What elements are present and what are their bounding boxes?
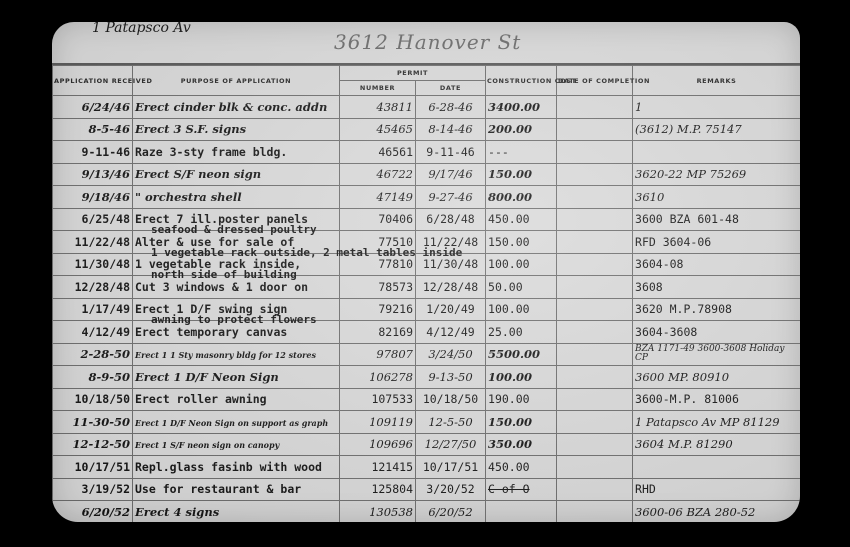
construction-cost-cell: 450.00 <box>486 208 557 231</box>
permit-number-text: 130538 <box>369 505 413 519</box>
received-text: 1/17/49 <box>82 302 130 316</box>
permit-date-text: 3/24/50 <box>428 347 472 361</box>
completion-date-cell <box>557 478 633 501</box>
property-address: 3612 Hanover St <box>334 30 521 54</box>
permit-date-cell: 12-5-50 <box>416 411 486 434</box>
construction-cost-cell: C of O <box>486 478 557 501</box>
remarks-cell: (3612) M.P. 75147 <box>633 118 800 141</box>
purpose-cell: Use for restaurant & bar <box>133 478 340 501</box>
received-cell: 12/28/48 <box>53 276 133 299</box>
construction-cost-cell: 100.00 <box>486 298 557 321</box>
purpose-cell: " orchestra shell <box>133 186 340 209</box>
construction-cost-text: 50.00 <box>488 280 523 294</box>
permit-date-text: 10/17/51 <box>423 460 478 474</box>
permit-date-cell: 6-28-46 <box>416 96 486 119</box>
permit-number-text: 109696 <box>369 437 413 451</box>
permit-number-text: 78573 <box>378 280 413 294</box>
header-permit-date: DATE <box>416 81 486 96</box>
permit-date-cell: 9-11-46 <box>416 141 486 164</box>
received-text: 4/12/49 <box>82 325 130 339</box>
completion-date-cell <box>557 208 633 231</box>
construction-cost-cell: 100.00 <box>486 253 557 276</box>
permit-date-cell: 12/27/50 <box>416 433 486 456</box>
construction-cost-text: 100.00 <box>488 257 530 271</box>
purpose-continuation-text: 1 vegetable rack outside, 2 metal tables… <box>151 246 462 259</box>
remarks-cell: 3600-06 BZA 280-52 <box>633 501 800 523</box>
construction-cost-cell: --- <box>486 141 557 164</box>
received-cell: 11/22/48 <box>53 231 133 254</box>
remarks-text: 1 <box>635 100 642 114</box>
purpose-continuation-text: north side of building <box>151 268 297 281</box>
permit-number-cell: 130538 <box>340 501 416 523</box>
purpose-cell: Erect 1 1 Sty masonry bldg for 12 stores <box>133 343 340 366</box>
permit-number-cell: 82169 <box>340 321 416 344</box>
purpose-cell: Cut 3 windows & 1 door onnorth side of b… <box>133 276 340 299</box>
purpose-text: Raze 3-sty frame bldg. <box>135 145 287 159</box>
received-cell: 9/18/46 <box>53 186 133 209</box>
construction-cost-text: 450.00 <box>488 212 530 226</box>
permit-number-cell: 109119 <box>340 411 416 434</box>
permit-date-text: 1/20/49 <box>426 302 474 316</box>
permit-date-cell: 6/28/48 <box>416 208 486 231</box>
header-application-received: APPLICATION RECEIVED <box>53 66 133 96</box>
permit-number-text: 43811 <box>376 100 413 114</box>
received-text: 11/30/48 <box>75 257 130 271</box>
construction-cost-cell: 3400.00 <box>486 96 557 119</box>
purpose-text: Erect cinder blk & conc. addn <box>135 100 327 114</box>
permit-date-cell: 8-14-46 <box>416 118 486 141</box>
received-cell: 1/17/49 <box>53 298 133 321</box>
completion-date-cell <box>557 411 633 434</box>
construction-cost-cell: 190.00 <box>486 388 557 411</box>
received-text: 10/18/50 <box>75 392 130 406</box>
purpose-text: Erect S/F neon sign <box>135 167 261 181</box>
purpose-cell: Erect 1 S/F neon sign on canopy <box>133 433 340 456</box>
received-cell: 9-11-46 <box>53 141 133 164</box>
purpose-cell: Erect S/F neon sign <box>133 163 340 186</box>
remarks-cell: RHD <box>633 478 800 501</box>
received-text: 6/24/46 <box>82 100 130 114</box>
purpose-text: Repl.glass fasinb with wood <box>135 460 322 474</box>
purpose-text: Erect 1 D/F Neon Sign <box>135 370 279 384</box>
purpose-cell: Erect roller awning <box>133 388 340 411</box>
construction-cost-text: C of O <box>488 482 530 496</box>
received-cell: 6/24/46 <box>53 96 133 119</box>
remarks-text: 3610 <box>635 190 664 204</box>
permit-number-text: 45465 <box>376 122 413 136</box>
received-text: 3/19/52 <box>82 482 130 496</box>
permit-date-cell: 3/20/52 <box>416 478 486 501</box>
permit-date-cell: 12/28/48 <box>416 276 486 299</box>
permit-date-cell: 3/24/50 <box>416 343 486 366</box>
completion-date-cell <box>557 118 633 141</box>
remarks-text: RFD 3604-06 <box>635 235 711 249</box>
construction-cost-text: 150.00 <box>488 415 532 429</box>
header-remarks: REMARKS <box>633 66 800 96</box>
permit-date-text: 6/20/52 <box>428 505 472 519</box>
received-cell: 8-5-46 <box>53 118 133 141</box>
construction-cost-cell: 25.00 <box>486 321 557 344</box>
completion-date-cell <box>557 141 633 164</box>
header-permit-number: NUMBER <box>340 81 416 96</box>
purpose-text: " orchestra shell <box>135 190 242 204</box>
remarks-cell: RFD 3604-06 <box>633 231 800 254</box>
table-row: 3/19/52Use for restaurant & bar1258043/2… <box>53 478 801 501</box>
permit-date-text: 8-14-46 <box>428 122 472 136</box>
permit-number-text: 107533 <box>371 392 413 406</box>
permit-number-cell: 97807 <box>340 343 416 366</box>
permit-number-cell: 47149 <box>340 186 416 209</box>
remarks-text: 3604 M.P. 81290 <box>635 437 733 451</box>
permit-number-text: 82169 <box>378 325 413 339</box>
permit-date-text: 10/18/50 <box>423 392 478 406</box>
table-row: 10/17/51Repl.glass fasinb with wood12141… <box>53 456 801 479</box>
purpose-cell: Erect cinder blk & conc. addn <box>133 96 340 119</box>
received-text: 8-9-50 <box>88 370 130 384</box>
table-row: 12/28/48Cut 3 windows & 1 door onnorth s… <box>53 276 801 299</box>
construction-cost-cell: 800.00 <box>486 186 557 209</box>
received-cell: 10/17/51 <box>53 456 133 479</box>
purpose-text: Erect 1 1 Sty masonry bldg for 12 stores <box>135 350 316 360</box>
permit-number-cell: 106278 <box>340 366 416 389</box>
remarks-text: (3612) M.P. 75147 <box>635 122 742 136</box>
permit-number-cell: 125804 <box>340 478 416 501</box>
permit-date-cell: 6/20/52 <box>416 501 486 523</box>
table-row: 9/18/46" orchestra shell471499-27-46800.… <box>53 186 801 209</box>
permit-number-text: 79216 <box>378 302 413 316</box>
header-date-of-completion: DATE OF COMPLETION <box>557 66 633 96</box>
purpose-cell: Raze 3-sty frame bldg. <box>133 141 340 164</box>
construction-cost-cell: 200.00 <box>486 118 557 141</box>
purpose-text: Cut 3 windows & 1 door on <box>135 280 308 294</box>
remarks-cell: 1 <box>633 96 800 119</box>
construction-cost-cell: 150.00 <box>486 231 557 254</box>
remarks-cell: 3620 M.P.78908 <box>633 298 800 321</box>
remarks-cell: 3608 <box>633 276 800 299</box>
remarks-text: 1 Patapsco Av MP 81129 <box>635 415 780 429</box>
permit-date-cell: 9-27-46 <box>416 186 486 209</box>
permit-date-text: 9-27-46 <box>428 190 472 204</box>
permit-date-text: 6-28-46 <box>428 100 472 114</box>
permit-number-text: 47149 <box>376 190 413 204</box>
construction-cost-cell: 150.00 <box>486 163 557 186</box>
permit-date-cell: 4/12/49 <box>416 321 486 344</box>
purpose-continuation-text: seafood & dressed poultry <box>151 223 317 236</box>
construction-cost-cell: 50.00 <box>486 276 557 299</box>
received-cell: 4/12/49 <box>53 321 133 344</box>
permit-date-cell: 10/17/51 <box>416 456 486 479</box>
completion-date-cell <box>557 231 633 254</box>
table-row: 8-9-50Erect 1 D/F Neon Sign1062789-13-50… <box>53 366 801 389</box>
table-row: 6/24/46Erect cinder blk & conc. addn4381… <box>53 96 801 119</box>
received-text: 10/17/51 <box>75 460 130 474</box>
completion-date-cell <box>557 388 633 411</box>
construction-cost-text: 350.00 <box>488 437 532 451</box>
construction-cost-text: 25.00 <box>488 325 523 339</box>
permit-number-cell: 46722 <box>340 163 416 186</box>
completion-date-cell <box>557 163 633 186</box>
completion-date-cell <box>557 456 633 479</box>
construction-cost-text: 190.00 <box>488 392 530 406</box>
remarks-text: 3604-08 <box>635 257 683 271</box>
construction-cost-text: 800.00 <box>488 190 532 204</box>
permit-number-cell: 121415 <box>340 456 416 479</box>
purpose-cell: Erect 1 D/F Neon Sign <box>133 366 340 389</box>
remarks-cell <box>633 141 800 164</box>
construction-cost-text: 5500.00 <box>488 347 540 361</box>
remarks-cell: 3604 M.P. 81290 <box>633 433 800 456</box>
permit-date-cell: 9-13-50 <box>416 366 486 389</box>
received-text: 2-28-50 <box>80 347 130 361</box>
remarks-cell <box>633 456 800 479</box>
permit-number-cell: 107533 <box>340 388 416 411</box>
purpose-cell: Erect temporary canvasawning to protect … <box>133 321 340 344</box>
remarks-cell: 3604-3608 <box>633 321 800 344</box>
received-text: 8-5-46 <box>88 122 130 136</box>
received-cell: 12-12-50 <box>53 433 133 456</box>
header-construction-cost: CONSTRUCTION COST <box>486 66 557 96</box>
top-note: 1 Patapsco Av <box>92 22 191 36</box>
remarks-text: 3604-3608 <box>635 325 697 339</box>
table-row: 6/20/52Erect 4 signs1305386/20/523600-06… <box>53 501 801 523</box>
purpose-text: Erect 4 signs <box>135 505 219 519</box>
received-cell: 10/18/50 <box>53 388 133 411</box>
remarks-cell: 1 Patapsco Av MP 81129 <box>633 411 800 434</box>
header-purpose: PURPOSE OF APPLICATION <box>133 66 340 96</box>
permit-number-text: 121415 <box>371 460 413 474</box>
completion-date-cell <box>557 298 633 321</box>
purpose-text: Erect 1 D/F Neon Sign on support as grap… <box>135 418 328 428</box>
received-cell: 11-30-50 <box>53 411 133 434</box>
remarks-cell: 3600 BZA 601-48 <box>633 208 800 231</box>
construction-cost-text: 3400.00 <box>488 100 540 114</box>
table-row: 9/13/46Erect S/F neon sign467229/17/4615… <box>53 163 801 186</box>
received-text: 12-12-50 <box>72 437 130 451</box>
completion-date-cell <box>557 501 633 523</box>
purpose-continuation-text: awning to protect flowers <box>151 313 317 326</box>
purpose-text: Erect 1 S/F neon sign on canopy <box>135 440 279 450</box>
construction-cost-text: 100.00 <box>488 370 532 384</box>
remarks-cell: 3600-M.P. 81006 <box>633 388 800 411</box>
construction-cost-cell: 5500.00 <box>486 343 557 366</box>
remarks-text: 3600 MP. 80910 <box>635 370 729 384</box>
completion-date-cell <box>557 253 633 276</box>
remarks-text: 3600 BZA 601-48 <box>635 212 739 226</box>
permit-date-text: 12-5-50 <box>428 415 472 429</box>
completion-date-cell <box>557 186 633 209</box>
permit-number-cell: 78573 <box>340 276 416 299</box>
table-row: 12-12-50Erect 1 S/F neon sign on canopy1… <box>53 433 801 456</box>
permit-number-cell: 46561 <box>340 141 416 164</box>
construction-cost-cell: 450.00 <box>486 456 557 479</box>
permit-date-text: 9/17/46 <box>428 167 472 181</box>
permit-date-text: 4/12/49 <box>426 325 474 339</box>
received-text: 6/25/48 <box>82 212 130 226</box>
construction-cost-text: 150.00 <box>488 167 532 181</box>
received-cell: 8-9-50 <box>53 366 133 389</box>
completion-date-cell <box>557 366 633 389</box>
purpose-text: Use for restaurant & bar <box>135 482 301 496</box>
table-row: 4/12/49Erect temporary canvasawning to p… <box>53 321 801 344</box>
remarks-cell: BZA 1171-49 3600-3608 Holiday CP <box>633 343 800 366</box>
remarks-cell: 3604-08 <box>633 253 800 276</box>
received-cell: 3/19/52 <box>53 478 133 501</box>
table-row: 2-28-50Erect 1 1 Sty masonry bldg for 12… <box>53 343 801 366</box>
permit-number-cell: 109696 <box>340 433 416 456</box>
received-cell: 6/20/52 <box>53 501 133 523</box>
completion-date-cell <box>557 321 633 344</box>
permit-number-text: 125804 <box>371 482 413 496</box>
construction-cost-text: 200.00 <box>488 122 532 136</box>
received-text: 6/20/52 <box>82 505 130 519</box>
purpose-cell: Repl.glass fasinb with wood <box>133 456 340 479</box>
permit-number-text: 109119 <box>369 415 413 429</box>
received-text: 11/22/48 <box>75 235 130 249</box>
permit-date-text: 9-13-50 <box>428 370 472 384</box>
permit-date-text: 11/30/48 <box>423 257 478 271</box>
remarks-text: 3600-M.P. 81006 <box>635 392 739 406</box>
permit-number-cell: 70406 <box>340 208 416 231</box>
permit-number-text: 70406 <box>378 212 413 226</box>
remarks-cell: 3610 <box>633 186 800 209</box>
table-row: 10/18/50Erect roller awning10753310/18/5… <box>53 388 801 411</box>
completion-date-cell <box>557 343 633 366</box>
permit-record-card: 1 Patapsco Av 3612 Hanover St APPLICATIO… <box>52 22 800 522</box>
permit-date-text: 12/28/48 <box>423 280 478 294</box>
table-row: 8-5-46Erect 3 S.F. signs454658-14-46200.… <box>53 118 801 141</box>
remarks-text: 3600-06 BZA 280-52 <box>635 505 755 519</box>
table-row: 11-30-50Erect 1 D/F Neon Sign on support… <box>53 411 801 434</box>
purpose-text: Erect roller awning <box>135 392 267 406</box>
purpose-cell: Erect 3 S.F. signs <box>133 118 340 141</box>
remarks-text: 3608 <box>635 280 663 294</box>
completion-date-cell <box>557 276 633 299</box>
permit-number-text: 46561 <box>378 145 413 159</box>
received-text: 9/18/46 <box>82 190 130 204</box>
table-row: 9-11-46Raze 3-sty frame bldg.465619-11-4… <box>53 141 801 164</box>
purpose-text: Erect temporary canvas <box>135 325 287 339</box>
received-cell: 9/13/46 <box>53 163 133 186</box>
permit-number-text: 97807 <box>376 347 413 361</box>
purpose-text: Erect 3 S.F. signs <box>135 122 246 136</box>
purpose-cell: Erect 1 D/F Neon Sign on support as grap… <box>133 411 340 434</box>
received-cell: 2-28-50 <box>53 343 133 366</box>
construction-cost-cell: 150.00 <box>486 411 557 434</box>
permit-date-cell: 1/20/49 <box>416 298 486 321</box>
construction-cost-text: 450.00 <box>488 460 530 474</box>
remarks-cell: 3600 MP. 80910 <box>633 366 800 389</box>
construction-cost-text: 150.00 <box>488 235 530 249</box>
permit-number-text: 46722 <box>376 167 413 181</box>
permit-date-text: 9-11-46 <box>426 145 474 159</box>
completion-date-cell <box>557 96 633 119</box>
permit-date-text: 6/28/48 <box>426 212 474 226</box>
header-permit: PERMIT <box>340 66 486 81</box>
permit-table: APPLICATION RECEIVED PURPOSE OF APPLICAT… <box>52 65 800 522</box>
permit-date-cell: 10/18/50 <box>416 388 486 411</box>
received-text: 12/28/48 <box>75 280 130 294</box>
remarks-text: BZA 1171-49 3600-3608 Holiday CP <box>635 345 798 363</box>
permit-date-text: 3/20/52 <box>426 482 474 496</box>
completion-date-cell <box>557 433 633 456</box>
received-text: 9/13/46 <box>82 167 130 181</box>
remarks-cell: 3620-22 MP 75269 <box>633 163 800 186</box>
remarks-text: RHD <box>635 482 656 496</box>
received-text: 9-11-46 <box>82 145 130 159</box>
received-text: 11-30-50 <box>72 415 130 429</box>
purpose-cell: Erect 4 signs <box>133 501 340 523</box>
permit-number-text: 77810 <box>378 257 413 271</box>
permit-date-cell: 9/17/46 <box>416 163 486 186</box>
construction-cost-cell: 350.00 <box>486 433 557 456</box>
permit-number-cell: 45465 <box>340 118 416 141</box>
construction-cost-cell: 100.00 <box>486 366 557 389</box>
construction-cost-text: --- <box>488 145 509 159</box>
remarks-text: 3620 M.P.78908 <box>635 302 732 316</box>
received-cell: 11/30/48 <box>53 253 133 276</box>
construction-cost-text: 100.00 <box>488 302 530 316</box>
permit-number-text: 106278 <box>369 370 413 384</box>
permit-date-text: 12/27/50 <box>425 437 477 451</box>
received-cell: 6/25/48 <box>53 208 133 231</box>
permit-number-cell: 79216 <box>340 298 416 321</box>
permit-number-cell: 43811 <box>340 96 416 119</box>
construction-cost-cell <box>486 501 557 523</box>
remarks-text: 3620-22 MP 75269 <box>635 167 746 181</box>
